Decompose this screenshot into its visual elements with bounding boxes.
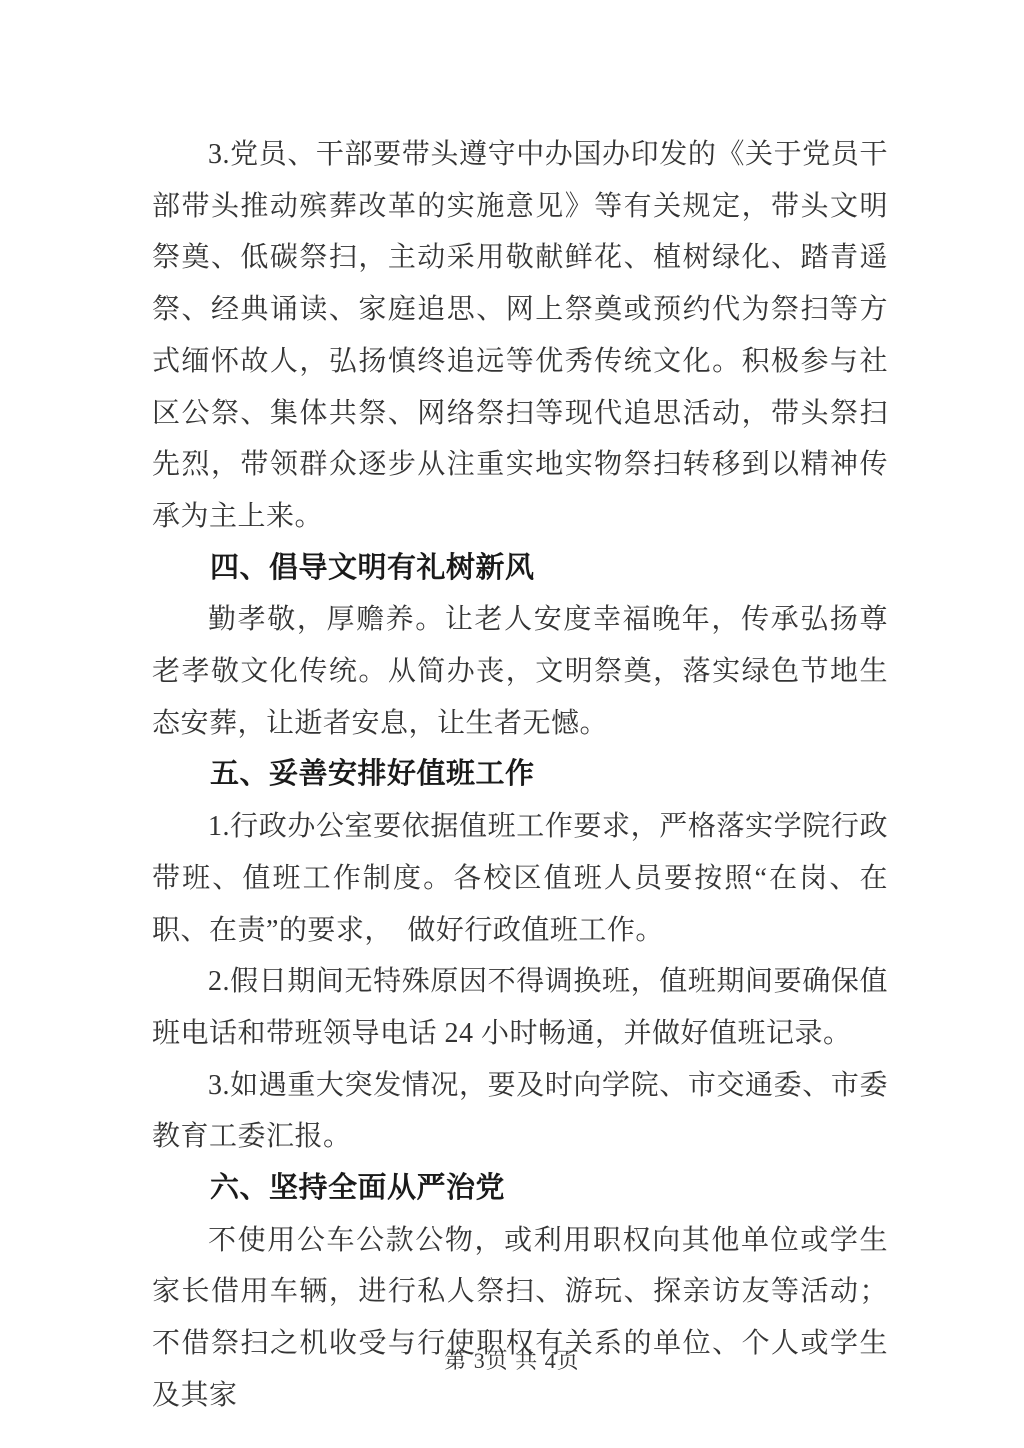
paragraph-duty-phone-24h: 2.假日期间无特殊原因不得调换班，值班期间要确保值班电话和带班领导电话 24 小…	[152, 956, 888, 1059]
page-footer: 第 3页 共 4页	[0, 1344, 1024, 1375]
heading-section-6-party-discipline: 六、坚持全面从严治党	[152, 1163, 888, 1215]
page-number-text: 第 3页 共 4页	[444, 1348, 580, 1373]
paragraph-emergency-report: 3.如遇重大突发情况，要及时向学院、市交通委、市委教育工委汇报。	[152, 1060, 888, 1163]
paragraph-filial-piety: 勤孝敬，厚赡养。让老人安度幸福晚年，传承弘扬尊老孝敬文化传统。从简办丧，文明祭奠…	[152, 594, 888, 749]
document-body: 3.党员、干部要带头遵守中办国办印发的《关于党员干部带头推动殡葬改革的实施意见》…	[152, 129, 888, 1422]
paragraph-duty-office-rules: 1.行政办公室要依据值班工作要求，严格落实学院行政带班、值班工作制度。各校区值班…	[152, 801, 888, 956]
document-page: 3.党员、干部要带头遵守中办国办印发的《关于党员干部带头推动殡葬改革的实施意见》…	[0, 0, 1024, 1448]
heading-section-4-civility: 四、倡导文明有礼树新风	[152, 543, 888, 595]
paragraph-no-public-vehicles: 不使用公车公款公物，或利用职权向其他单位或学生家长借用车辆，进行私人祭扫、游玩、…	[152, 1215, 888, 1422]
paragraph-party-funeral-reform: 3.党员、干部要带头遵守中办国办印发的《关于党员干部带头推动殡葬改革的实施意见》…	[152, 129, 888, 543]
heading-section-5-duty-arrangement: 五、妥善安排好值班工作	[152, 749, 888, 801]
